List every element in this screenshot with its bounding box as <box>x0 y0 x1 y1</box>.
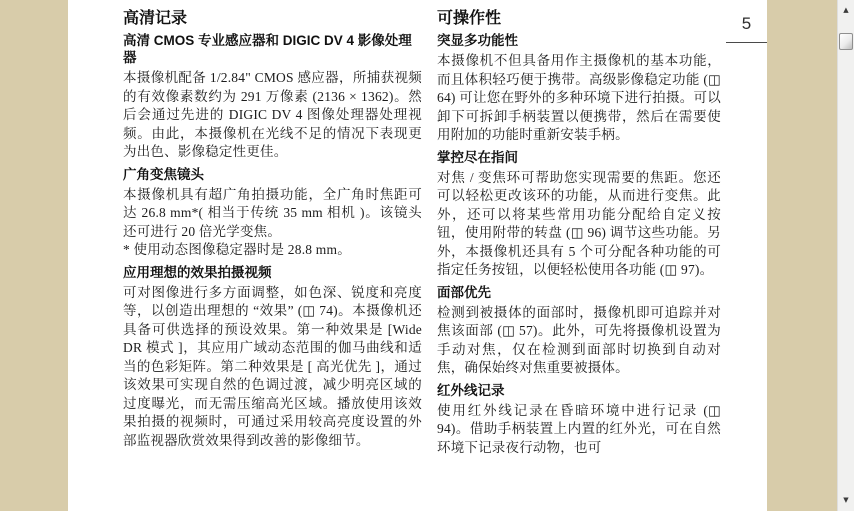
section-infrared-recording: 红外线记录 使用红外线记录在昏暗环境中进行记录 (◫ 94)。借助手柄装置上内置… <box>437 382 721 458</box>
heading-operability: 可操作性 <box>437 10 721 27</box>
heading-hd-recording: 高清记录 <box>123 10 422 27</box>
section-face-priority: 面部优先 检测到被摄体的面部时，摄像机即可追踪并对焦该面部 (◫ 57)。此外，… <box>437 284 721 378</box>
right-column: 可操作性 突显多功能性 本摄像机不但具备用作主摄像机的基本功能，而且体积轻巧便于… <box>437 10 721 457</box>
page-number: 5 <box>742 14 751 33</box>
paragraph: 使用红外线记录在昏暗环境中进行记录 (◫ 94)。借助手柄装置上内置的红外光，可… <box>437 402 721 458</box>
paragraph: 检测到被摄体的面部时，摄像机即可追踪并对焦该面部 (◫ 57)。此外，可先将摄像… <box>437 304 721 378</box>
footnote: * 使用动态图像稳定器时是 28.8 mm。 <box>123 241 422 260</box>
page-number-block: 5 <box>726 14 767 43</box>
document-page: 5 高清记录 高清 CMOS 专业感应器和 DIGIC DV 4 影像处理器 本… <box>68 0 767 511</box>
viewer-background: 5 高清记录 高清 CMOS 专业感应器和 DIGIC DV 4 影像处理器 本… <box>0 0 854 511</box>
scroll-up-icon: ▲ <box>843 6 848 14</box>
subheading-control-fingertips: 掌控尽在指间 <box>437 149 721 166</box>
paragraph: 本摄像机具有超广角拍摄功能，全广角时焦距可达 26.8 mm*( 相当于传统 3… <box>123 186 422 242</box>
scroll-up-button[interactable]: ▲ <box>838 2 854 17</box>
paragraph: 本摄像机配备 1/2.84" CMOS 感应器，所捕获视频的有效像素数约为 29… <box>123 69 422 162</box>
section-cmos-sensor: 高清 CMOS 专业感应器和 DIGIC DV 4 影像处理器 本摄像机配备 1… <box>123 32 422 162</box>
subheading-versatility: 突显多功能性 <box>437 32 721 49</box>
left-column: 高清记录 高清 CMOS 专业感应器和 DIGIC DV 4 影像处理器 本摄像… <box>123 10 422 450</box>
section-looks-effects: 应用理想的效果拍摄视频 可对图像进行多方面调整，如色深、锐度和亮度等，以创造出理… <box>123 264 422 451</box>
scroll-down-icon: ▼ <box>843 496 848 504</box>
subheading-infrared-recording: 红外线记录 <box>437 382 721 399</box>
scrollbar-thumb[interactable] <box>839 33 853 50</box>
subheading-wide-zoom-lens: 广角变焦镜头 <box>123 166 422 183</box>
scroll-down-button[interactable]: ▼ <box>838 492 854 507</box>
paragraph: 本摄像机不但具备用作主摄像机的基本功能，而且体积轻巧便于携带。高级影像稳定功能 … <box>437 52 721 145</box>
subheading-face-priority: 面部优先 <box>437 284 721 301</box>
paragraph: 对焦 / 变焦环可帮助您实现需要的焦距。您还可以轻松更改该环的功能，从而进行变焦… <box>437 169 721 280</box>
section-versatility: 突显多功能性 本摄像机不但具备用作主摄像机的基本功能，而且体积轻巧便于携带。高级… <box>437 32 721 145</box>
paragraph: 可对图像进行多方面调整，如色深、锐度和亮度等，以创造出理想的 “效果” (◫ 7… <box>123 284 422 451</box>
scrollbar[interactable]: ▲ ▼ <box>837 0 854 511</box>
subheading-looks-effects: 应用理想的效果拍摄视频 <box>123 264 422 281</box>
section-wide-zoom-lens: 广角变焦镜头 本摄像机具有超广角拍摄功能，全广角时焦距可达 26.8 mm*( … <box>123 166 422 260</box>
section-control-fingertips: 掌控尽在指间 对焦 / 变焦环可帮助您实现需要的焦距。您还可以轻松更改该环的功能… <box>437 149 721 280</box>
subheading-cmos-sensor: 高清 CMOS 专业感应器和 DIGIC DV 4 影像处理器 <box>123 32 422 66</box>
